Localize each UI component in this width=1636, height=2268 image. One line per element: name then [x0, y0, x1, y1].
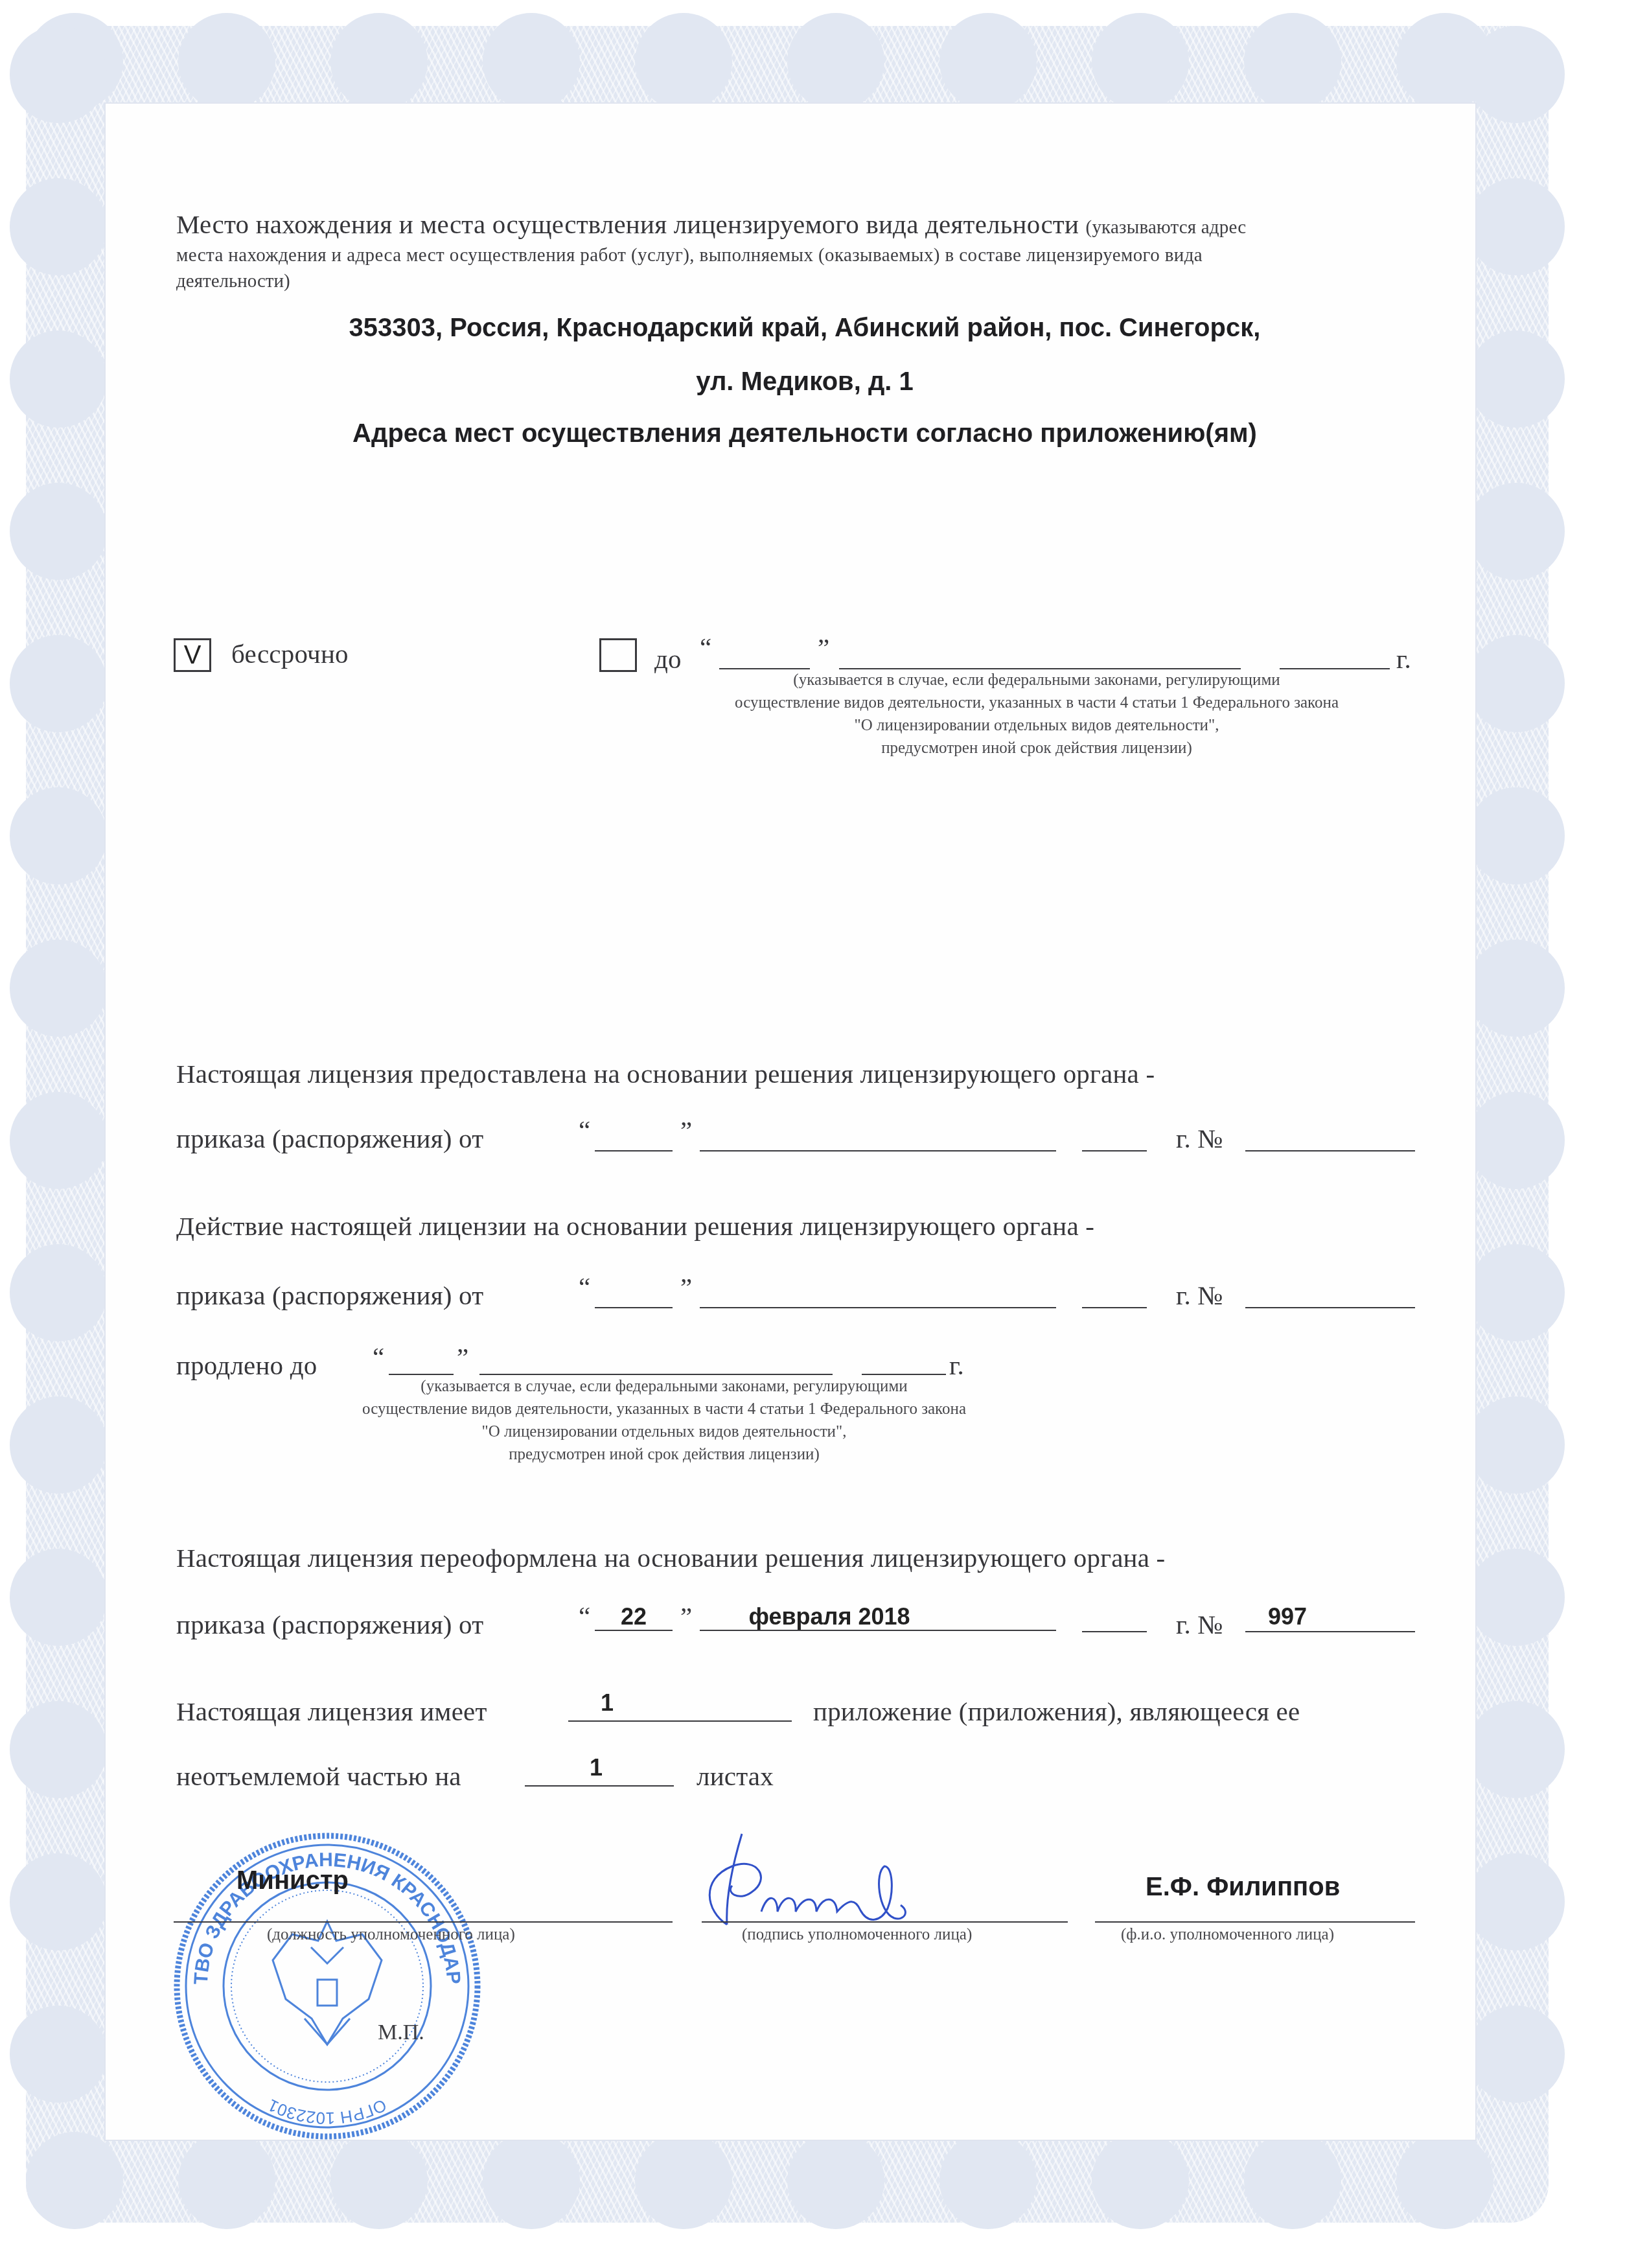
granted-number-field[interactable]	[1245, 1150, 1415, 1151]
signer-position: Министр	[236, 1866, 349, 1895]
until-note-line: осуществление видов деятельности, указан…	[648, 691, 1425, 714]
check-mark-icon: V	[184, 641, 202, 669]
appendix-count-field[interactable]: 1	[568, 1689, 646, 1717]
extended-close-quote: ”	[680, 1271, 692, 1302]
name-underline	[1095, 1921, 1415, 1923]
reissued-year-field[interactable]	[1082, 1631, 1147, 1632]
extended-note-line: осуществление видов деятельности, указан…	[259, 1398, 1069, 1420]
reissued-close-quote: ”	[680, 1601, 692, 1632]
extended-note: (указывается в случае, если федеральными…	[259, 1375, 1069, 1466]
seal-text-bottom: ОГРН 1022301	[265, 2095, 390, 2128]
svg-text:ОГРН 1022301: ОГРН 1022301	[265, 2095, 390, 2128]
appendix-suffix: приложение (приложения), являющееся ее	[813, 1696, 1300, 1727]
granted-basis-text: Настоящая лицензия предоставлена на осно…	[176, 1058, 1155, 1089]
until-note-line: предусмотрен иной срок действия лицензии…	[648, 737, 1425, 759]
until-open-quote: “	[700, 632, 711, 663]
signature-underline	[702, 1921, 1068, 1923]
granted-month-field[interactable]	[700, 1150, 1056, 1151]
indefinite-checkbox[interactable]: V	[174, 638, 211, 672]
until-note: (указывается в случае, если федеральными…	[648, 669, 1425, 759]
extended-until-close-quote: ”	[457, 1341, 468, 1372]
reissued-number-label: г. №	[1176, 1609, 1223, 1640]
signer-name: Е.Ф. Филиппов	[1146, 1873, 1340, 1902]
svg-text:МИНИСТЕРСТВО ЗДРАВООХРАНЕНИЯ К: МИНИСТЕРСТВО ЗДРАВООХРАНЕНИЯ КРАСНОДАРСК…	[162, 1824, 464, 1985]
location-note-line-2: места нахождения и адреса мест осуществл…	[176, 245, 1203, 266]
address-line-1: 353303, Россия, Краснодарский край, Абин…	[176, 314, 1433, 343]
location-heading: Место нахождения и места осуществления л…	[176, 209, 1246, 240]
handwritten-signature-icon	[687, 1827, 998, 1931]
sheets-underline	[525, 1785, 674, 1787]
signature-caption: (подпись уполномоченного лица)	[742, 1926, 972, 1944]
granted-close-quote: ”	[680, 1115, 692, 1146]
extended-open-quote: “	[579, 1271, 590, 1302]
location-heading-note: (указываются адрес	[1086, 217, 1247, 238]
extended-until-open-quote: “	[373, 1341, 384, 1372]
reissued-order-label: приказа (распоряжения) от	[176, 1609, 483, 1640]
extended-note-line: предусмотрен иной срок действия лицензии…	[259, 1443, 1069, 1466]
address-line-3: Адреса мест осуществления деятельности с…	[176, 419, 1433, 448]
seal-text-top: МИНИСТЕРСТВО ЗДРАВООХРАНЕНИЯ КРАСНОДАРСК…	[162, 1824, 464, 1985]
location-heading-text: Место нахождения и места осуществления л…	[176, 209, 1079, 239]
indefinite-label: бессрочно	[231, 638, 349, 669]
reissued-open-quote: “	[579, 1601, 590, 1632]
until-note-line: (указывается в случае, если федеральными…	[648, 669, 1425, 691]
reissued-basis-text: Настоящая лицензия переоформлена на осно…	[176, 1542, 1165, 1573]
until-note-line: "О лицензировании отдельных видов деятел…	[648, 714, 1425, 737]
appendix-count-underline	[568, 1720, 792, 1722]
sheets-suffix: листах	[697, 1761, 774, 1792]
appendix-prefix: Настоящая лицензия имеет	[176, 1696, 487, 1727]
until-close-quote: ”	[818, 632, 829, 663]
extended-number-label: г. №	[1176, 1280, 1223, 1311]
position-underline	[174, 1921, 673, 1923]
reissued-day-field[interactable]: 22	[595, 1603, 673, 1630]
location-note-line-3: деятельности)	[176, 271, 290, 292]
reissued-number-underline	[1245, 1631, 1415, 1632]
position-caption: (должность уполномоченного лица)	[267, 1926, 515, 1944]
sheets-count-field[interactable]: 1	[564, 1754, 628, 1781]
granted-open-quote: “	[579, 1115, 590, 1146]
extended-basis-text: Действие настоящей лицензии на основании…	[176, 1210, 1094, 1242]
granted-day-field[interactable]	[595, 1150, 673, 1151]
extended-note-line: "О лицензировании отдельных видов деятел…	[259, 1420, 1069, 1443]
address-line-2: ул. Медиков, д. 1	[176, 367, 1433, 397]
granted-year-field[interactable]	[1082, 1150, 1147, 1151]
extended-note-line: (указывается в случае, если федеральными…	[259, 1375, 1069, 1398]
granted-order-label: приказа (распоряжения) от	[176, 1123, 483, 1154]
extended-number-field[interactable]	[1245, 1307, 1415, 1308]
until-checkbox[interactable]	[599, 638, 637, 672]
granted-number-label: г. №	[1176, 1123, 1223, 1154]
seal-place-label: М.П.	[378, 2020, 424, 2045]
reissued-month-year-field[interactable]: февраля 2018	[700, 1603, 959, 1630]
extended-month-field[interactable]	[700, 1307, 1056, 1308]
extended-order-label: приказа (распоряжения) от	[176, 1280, 483, 1311]
reissued-number-field[interactable]: 997	[1245, 1603, 1330, 1630]
extended-year-field[interactable]	[1082, 1307, 1147, 1308]
extended-day-field[interactable]	[595, 1307, 673, 1308]
name-caption: (ф.и.о. уполномоченного лица)	[1121, 1926, 1334, 1944]
sheets-prefix: неотъемлемой частью на	[176, 1761, 461, 1792]
